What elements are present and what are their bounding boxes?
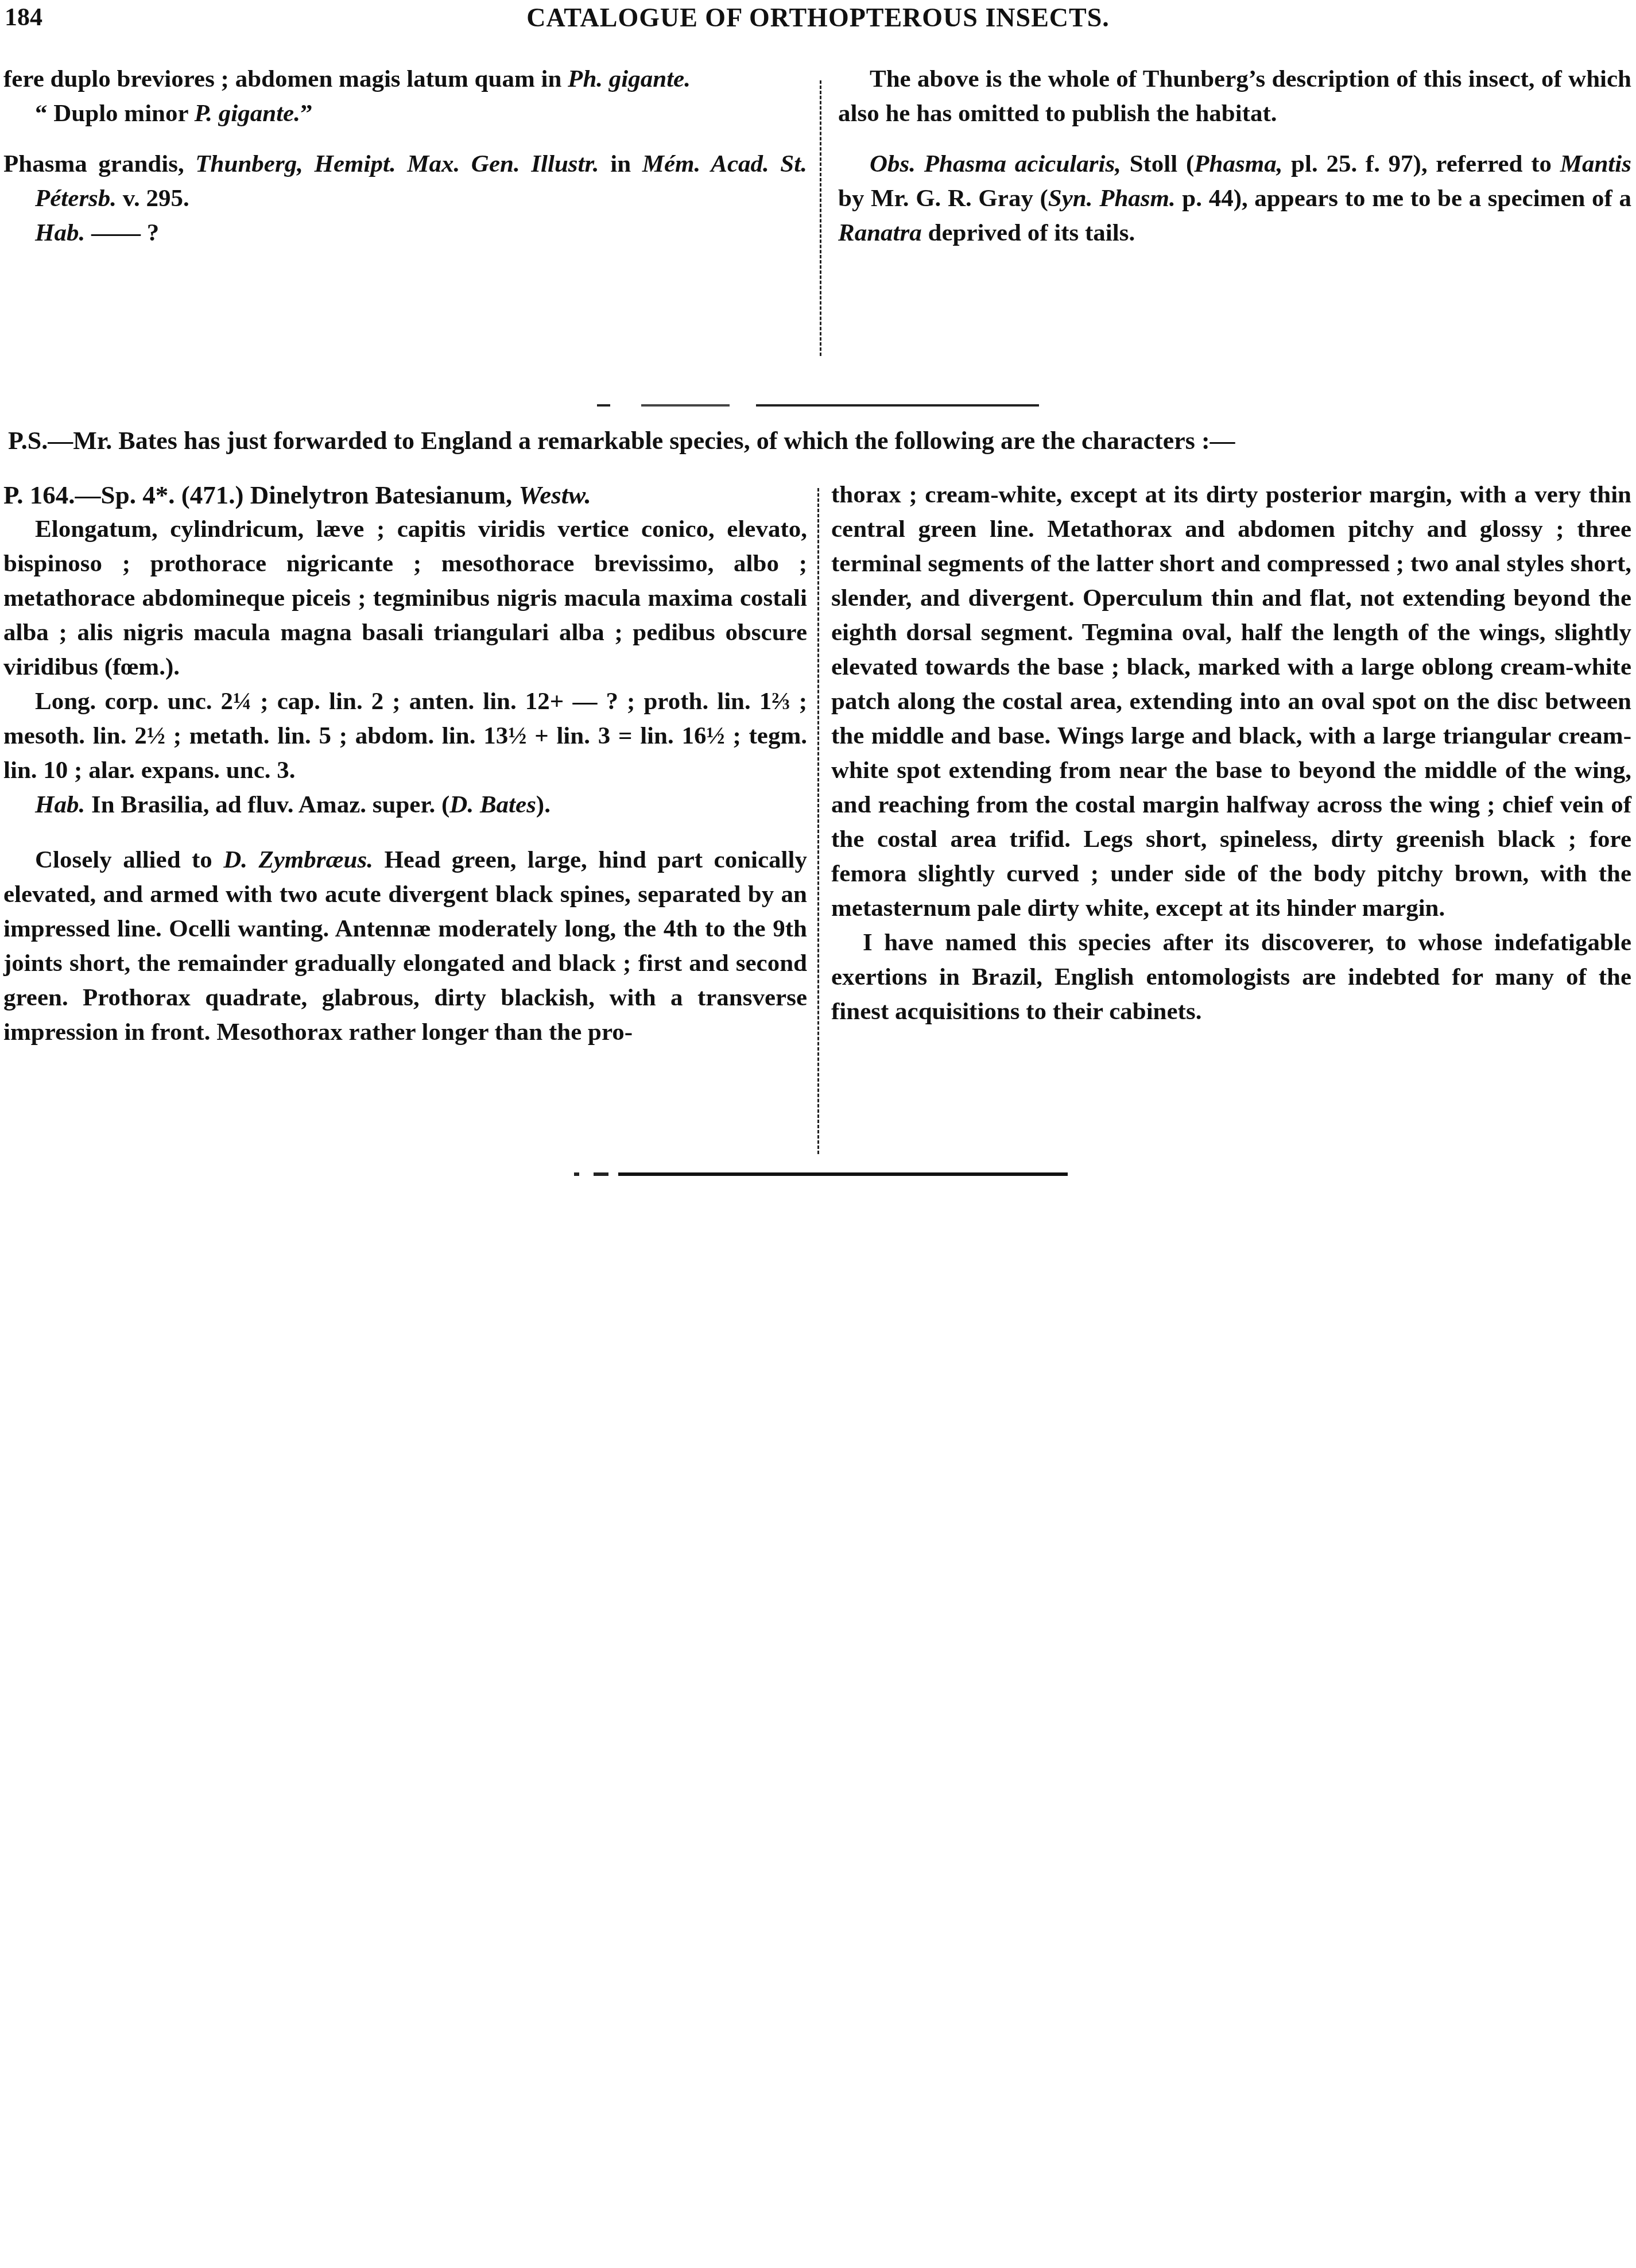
- collector-name: D. Bates: [449, 791, 536, 818]
- synonym-reference: Phasma grandis, Thunberg, Hemipt. Max. G…: [3, 147, 807, 216]
- dedication-note: I have named this species after its disc…: [831, 926, 1631, 1029]
- english-description-cont: thorax ; cream-white, except at its dirt…: [831, 478, 1631, 926]
- obs-label: Obs.: [870, 150, 916, 177]
- text-run: “ Duplo minor: [35, 100, 195, 127]
- italic-run: Phasma,: [1194, 150, 1282, 177]
- text-run: Stoll (: [1121, 150, 1194, 177]
- running-title: CATALOGUE OF ORTHOPTEROUS INSECTS.: [5, 2, 1631, 33]
- text-run: p. 44), appears to me to be a specimen o…: [1176, 185, 1631, 212]
- species-right-column: thorax ; cream-white, except at its dirt…: [831, 478, 1631, 1029]
- measurements: Long. corp. unc. 2¼ ; cap. lin. 2 ; ante…: [3, 684, 807, 788]
- habitat-label: Hab.: [35, 791, 85, 818]
- habitat-text: In Brasilia, ad fluv. Amaz. super. (: [85, 791, 449, 818]
- text-run: fere duplo breviores ; abdomen magis lat…: [3, 65, 568, 92]
- species-left-column: P. 164.—Sp. 4*. (471.) Dinelytron Batesi…: [3, 478, 807, 1050]
- italic-run: P. gigante.: [195, 100, 300, 127]
- italic-run: Phasma acicularis,: [916, 150, 1121, 177]
- english-description-start: Closely allied to D. Zymbræus. Head gree…: [3, 843, 807, 1050]
- italic-run: D. Zymbræus.: [223, 846, 373, 873]
- italic-run: Thunberg, Hemipt. Max. Gen. Illustr.: [195, 150, 599, 177]
- thunberg-note: The above is the whole of Thunberg’s des…: [838, 62, 1631, 131]
- postscript-line: P.S.—Mr. Bates has just forwarded to Eng…: [8, 424, 1615, 458]
- latin-description-end: fere duplo breviores ; abdomen magis lat…: [3, 62, 807, 96]
- latin-diagnosis: Elongatum, cylindricum, læve ; capitis v…: [3, 512, 807, 684]
- text-run: Phasma grandis,: [3, 150, 195, 177]
- habitat-value: —— ?: [85, 219, 159, 246]
- italic-run: Ranatra: [838, 219, 922, 246]
- species-heading: P. 164.—Sp. 4*. (471.) Dinelytron Batesi…: [3, 478, 807, 512]
- top-right-column: The above is the whole of Thunberg’s des…: [838, 62, 1631, 250]
- running-head: 184 CATALOGUE OF ORTHOPTEROUS INSECTS.: [5, 2, 1631, 42]
- top-left-column: fere duplo breviores ; abdomen magis lat…: [3, 62, 807, 250]
- text-run: Head green, large, hind part conically e…: [3, 846, 807, 1046]
- species-name: P. 164.—Sp. 4*. (471.) Dinelytron Batesi…: [3, 481, 519, 509]
- habitat-line: Hab. —— ?: [3, 216, 807, 250]
- column-divider: [817, 488, 819, 1154]
- end-rule: [574, 1172, 1068, 1176]
- text-run: ”: [300, 100, 313, 127]
- text-run: Closely allied to: [35, 846, 223, 873]
- italic-run: Ph. gigante.: [568, 65, 691, 92]
- habitat-line: Hab. In Brasilia, ad fluv. Amaz. super. …: [3, 788, 807, 822]
- obs-note: Obs. Phasma acicularis, Stoll (Phasma, p…: [838, 147, 1631, 250]
- text-run: pl. 25. f. 97), referred to: [1282, 150, 1560, 177]
- book-page: 184 CATALOGUE OF ORTHOPTEROUS INSECTS. f…: [0, 0, 1636, 2268]
- text-run: by Mr. G. R. Gray (: [838, 185, 1048, 212]
- text-run: v. 295.: [117, 185, 189, 212]
- section-separator: [597, 404, 1039, 407]
- text-run: in: [599, 150, 642, 177]
- text-run: ).: [536, 791, 550, 818]
- italic-run: Syn. Phasm.: [1048, 185, 1176, 212]
- habitat-label: Hab.: [35, 219, 85, 246]
- species-author: Westw.: [519, 481, 591, 509]
- text-run: deprived of its tails.: [922, 219, 1135, 246]
- column-divider: [820, 80, 821, 356]
- italic-run: Mantis: [1560, 150, 1631, 177]
- quote-line: “ Duplo minor P. gigante.”: [3, 96, 807, 131]
